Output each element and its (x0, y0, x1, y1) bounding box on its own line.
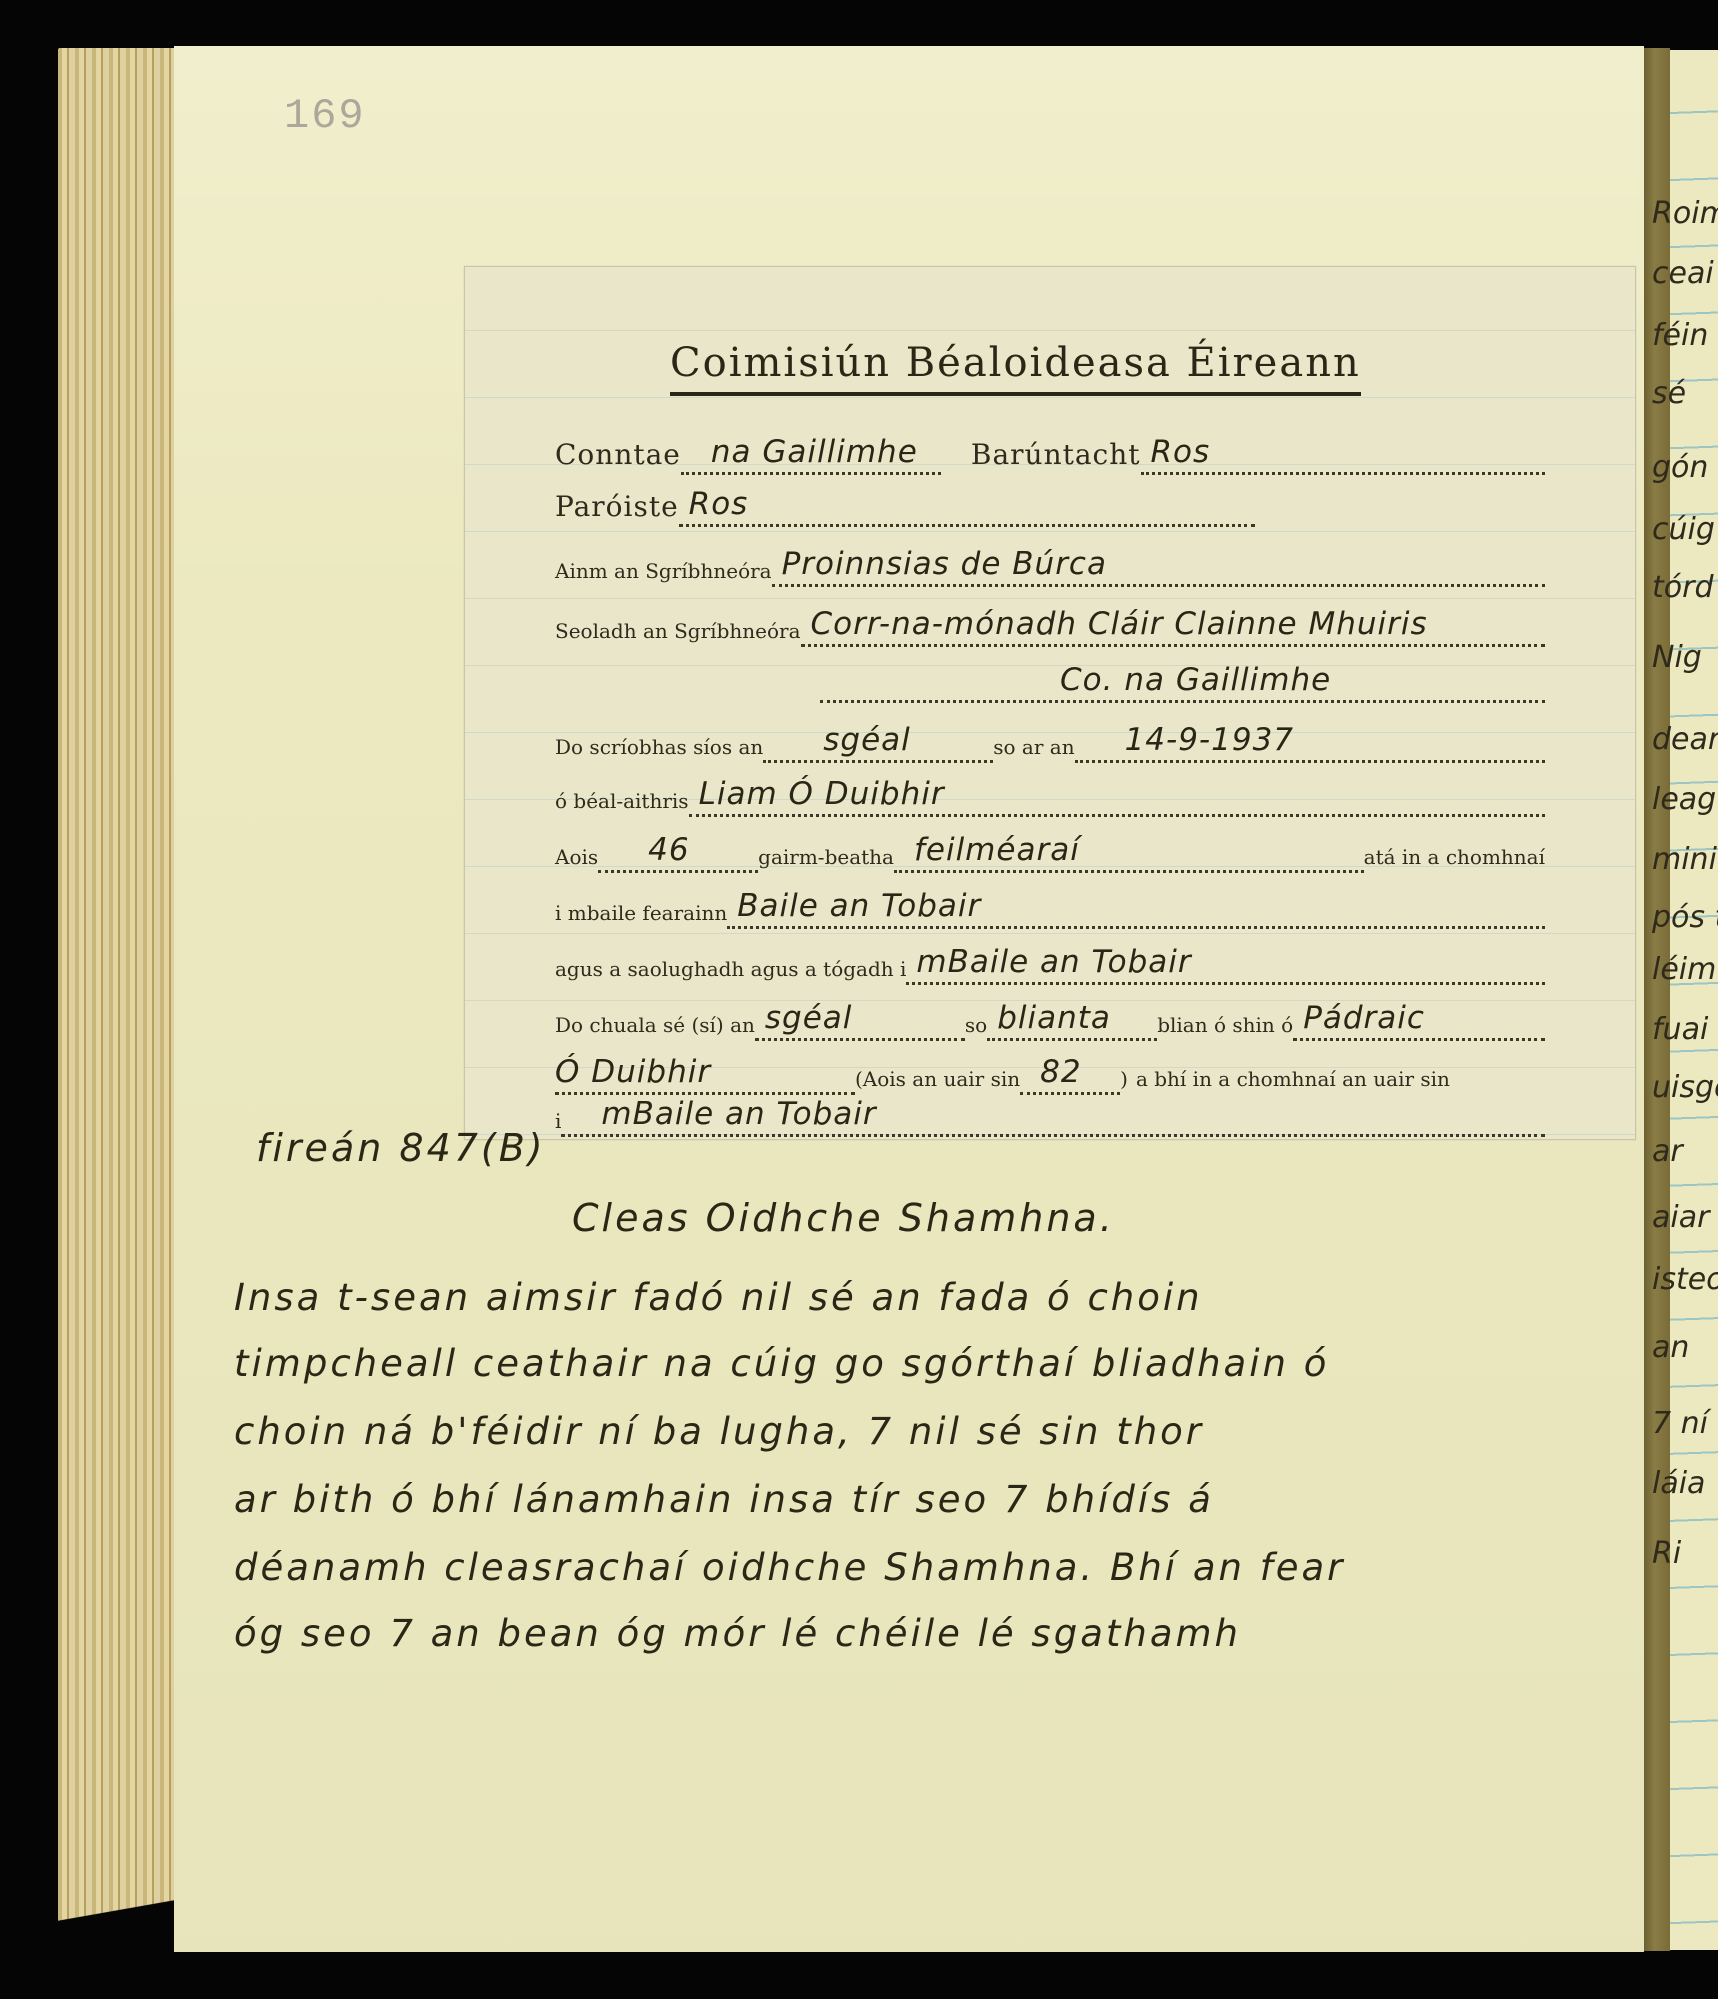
manuscript-line-5: déanamh cleasrachaí oidhche Shamhna. Bhí… (234, 1546, 1345, 1589)
book-fore-edge (58, 48, 176, 1948)
manuscript-line-1: Insa t-sean aimsir fadó nil sé an fada ó… (234, 1276, 1203, 1319)
barony-value: Ros (1151, 434, 1211, 470)
margin-word: mini (1652, 842, 1717, 877)
barony-field: Ros (1141, 438, 1545, 475)
margin-word: cúig (1652, 512, 1715, 547)
source-place-value: mBaile an Tobair (601, 1096, 876, 1132)
source-age-close: ) (1120, 1067, 1128, 1095)
margin-word: aiar (1652, 1200, 1709, 1235)
raised-label: agus a saolughadh agus a tógadh i (555, 957, 906, 985)
heard-value: sgéal (765, 1000, 853, 1036)
raised-field: mBaile an Tobair (906, 948, 1545, 985)
age-value: 46 (648, 832, 689, 868)
manuscript-line-6: óg seo 7 an bean óg mór lé chéile lé sga… (234, 1612, 1241, 1655)
margin-word: ceai (1652, 256, 1714, 291)
date-value: 14-9-1937 (1125, 722, 1294, 758)
heard-row: Do chuala sé (sí) an sgéal so blianta bl… (555, 991, 1545, 1041)
source-name-line1: Pádraic (1303, 1000, 1425, 1036)
margin-word: an (1652, 1330, 1689, 1365)
wrote-down-label: Do scríobhas síos an (555, 735, 763, 763)
wrote-down-value: sgéal (823, 722, 911, 758)
from-mouth-row: ó béal-aithris Liam Ó Duibhir (555, 767, 1545, 817)
margin-word: ar (1652, 1134, 1683, 1169)
margin-word: féin (1652, 318, 1708, 353)
occupation-field: feilméaraí (894, 836, 1364, 873)
margin-word: Roim (1652, 196, 1718, 231)
margin-word: dear (1652, 722, 1718, 757)
heard-field: sgéal (755, 1004, 965, 1041)
manuscript-line-3: choin ná b'féidir ní ba lugha, 7 nil sé … (234, 1410, 1204, 1453)
margin-word: uisge (1652, 1070, 1718, 1105)
margin-word: gón (1652, 450, 1708, 485)
years-field: blianta (987, 1004, 1157, 1041)
page-number: 169 (284, 92, 366, 140)
barony-label: Barúntacht (971, 438, 1141, 475)
occupation-label: gairm-beatha (758, 845, 894, 873)
date-field: 14-9-1937 (1075, 726, 1545, 763)
county-barony-row: Conntae na Gaillimhe Barúntacht Ros (555, 425, 1545, 475)
age-field: 46 (598, 836, 758, 873)
age-label: Aois (555, 845, 598, 873)
margin-word: Nig (1652, 640, 1702, 675)
parish-value: Ros (689, 486, 749, 522)
from-mouth-label: ó béal-aithris (555, 789, 689, 817)
source-age-value: 82 (1040, 1054, 1081, 1090)
source-age-field: 82 (1020, 1058, 1120, 1095)
manuscript-line-2: timpcheall ceathair na cúig go sgórthaí … (234, 1342, 1329, 1385)
margin-word: tórd (1652, 570, 1714, 605)
writer-address-field-2: Co. na Gaillimhe (820, 666, 1545, 703)
occupation-value: feilméaraí (914, 832, 1080, 868)
townland-label: i mbaile fearainn (555, 901, 727, 929)
margin-word: léim (1652, 952, 1716, 987)
on-date-label: so ar an (993, 735, 1074, 763)
wrote-down-row: Do scríobhas síos an sgéal so ar an 14-9… (555, 713, 1545, 763)
heard-label: Do chuala sé (sí) an (555, 1013, 755, 1041)
source-place-field: mBaile an Tobair (561, 1100, 1545, 1137)
manuscript-reference: fireán 847(B) (256, 1126, 546, 1170)
margin-word: leag (1652, 782, 1716, 817)
source-name-field-2: Ó Duibhir (555, 1058, 855, 1095)
source-age-row: Ó Duibhir (Aois an uair sin 82 ) a bhí i… (555, 1045, 1545, 1095)
margin-word: fuai (1652, 1012, 1708, 1047)
parish-row: Paróiste Ros (555, 477, 1255, 527)
writer-name-field: Proinnsias de Búrca (772, 550, 1545, 587)
county-value: na Gaillimhe (711, 434, 918, 470)
townland-field: Baile an Tobair (727, 892, 1545, 929)
writer-address-field: Corr-na-mónadh Cláir Clainne Mhuiris (801, 610, 1546, 647)
raised-row: agus a saolughadh agus a tógadh i mBaile… (555, 935, 1545, 985)
writer-address-line1: Corr-na-mónadh Cláir Clainne Mhuiris (811, 606, 1428, 642)
parish-label: Paróiste (555, 490, 679, 527)
manuscript-line-4: ar bith ó bhí lánamhain insa tír seo 7 b… (234, 1478, 1214, 1521)
source-name-line2: Ó Duibhir (555, 1054, 711, 1090)
age-occupation-row: Aois 46 gairm-beatha feilméaraí atá in a… (555, 823, 1545, 873)
writer-address-line2: Co. na Gaillimhe (1060, 662, 1331, 698)
writer-name-label: Ainm an Sgríbhneóra (555, 559, 772, 587)
from-mouth-value: Liam Ó Duibhir (699, 776, 945, 812)
writer-name-value: Proinnsias de Búrca (782, 546, 1107, 582)
writer-address-row: Seoladh an Sgríbhneóra Corr-na-mónadh Cl… (555, 597, 1545, 647)
writer-name-row: Ainm an Sgríbhneóra Proinnsias de Búrca (555, 537, 1545, 587)
source-residence-label: a bhí in a chomhnaí an uair sin (1136, 1067, 1450, 1095)
notebook-page: 169 Coimisiún Béaloideasa Éireann Connta… (174, 46, 1644, 1952)
story-title: Cleas Oidhche Shamhna. (572, 1196, 1115, 1240)
margin-word: láia (1652, 1466, 1705, 1501)
collector-info-card: Coimisiún Béaloideasa Éireann Conntae na… (464, 266, 1636, 1140)
source-age-label: (Aois an uair sin (855, 1067, 1020, 1095)
card-title: Coimisiún Béaloideasa Éireann (670, 340, 1361, 396)
residence-label: atá in a chomhnaí (1364, 845, 1545, 873)
writer-address-label: Seoladh an Sgríbhneóra (555, 619, 801, 647)
margin-word: 7 ní (1652, 1406, 1708, 1441)
years-suffix-label: blian ó shin ó (1157, 1013, 1293, 1041)
parish-field: Ros (679, 490, 1255, 527)
years-prefix-label: so (965, 1013, 987, 1041)
from-mouth-field: Liam Ó Duibhir (689, 780, 1545, 817)
writer-address-row-2: Co. na Gaillimhe (820, 653, 1545, 703)
wrote-down-field: sgéal (763, 726, 993, 763)
margin-word: pós t (1652, 900, 1718, 935)
years-value: blianta (997, 1000, 1111, 1036)
townland-row: i mbaile fearainn Baile an Tobair (555, 879, 1545, 929)
margin-word: Ri (1652, 1536, 1681, 1571)
source-place-row: i mBaile an Tobair (555, 1097, 1545, 1137)
county-field: na Gaillimhe (681, 438, 941, 475)
raised-value: mBaile an Tobair (916, 944, 1191, 980)
margin-word: sé (1652, 376, 1686, 411)
margin-word: isteo (1652, 1262, 1718, 1297)
county-label: Conntae (555, 438, 681, 475)
source-name-field: Pádraic (1293, 1004, 1545, 1041)
townland-value: Baile an Tobair (737, 888, 981, 924)
